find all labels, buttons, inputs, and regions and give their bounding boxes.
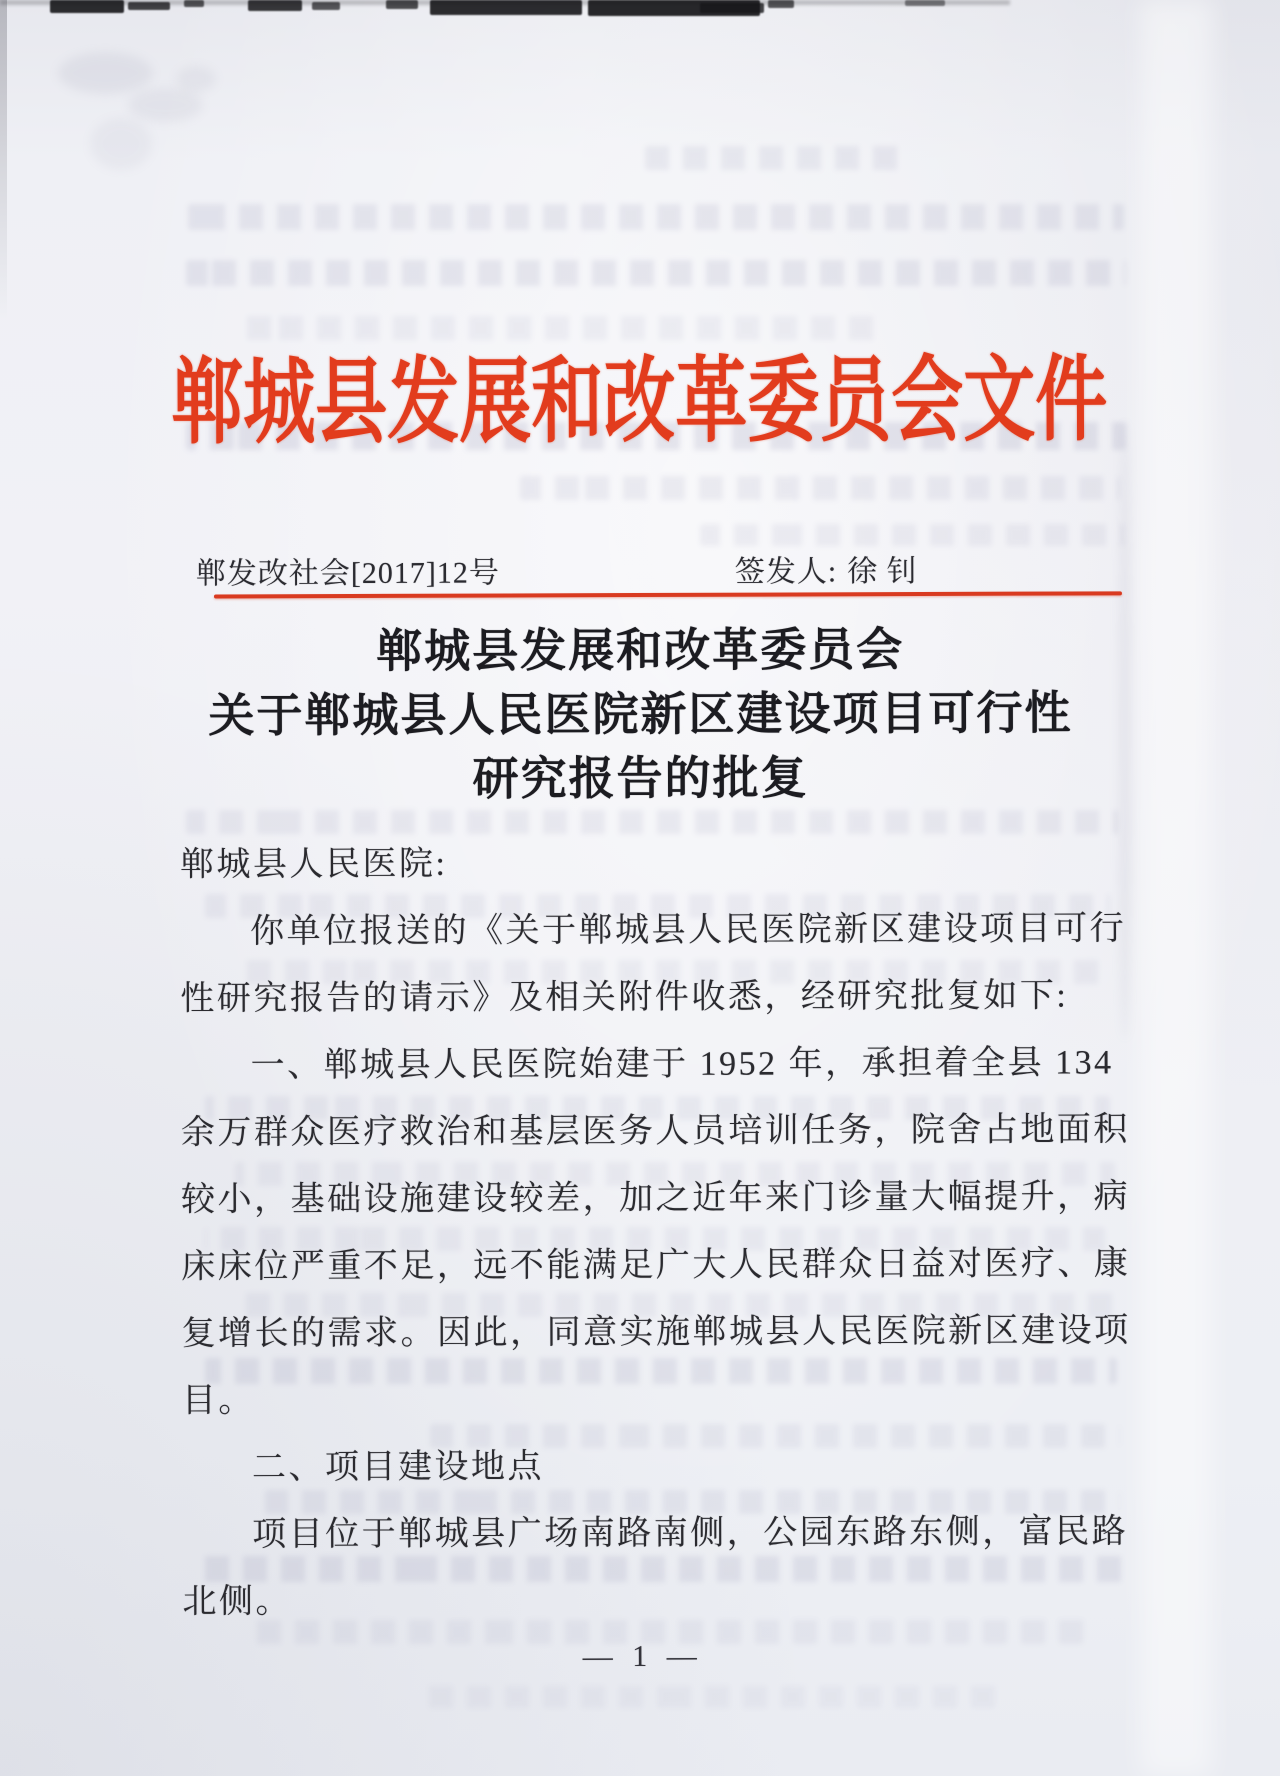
- body-line: 郸城县人民医院:: [180, 828, 1125, 898]
- signer-label: 签发人:: [735, 555, 837, 588]
- issuing-agency-masthead: 郸城县发展和改革委员会文件: [168, 328, 1111, 477]
- body-line: 性研究报告的请示》及相关附件收悉，经研究批复如下:: [180, 962, 1125, 1032]
- signer: 签发人:徐 钊: [735, 551, 918, 594]
- body-line: 目。: [182, 1364, 1127, 1434]
- document-content: 郸城县发展和改革委员会文件 郸发改社会[2017]12号 签发人:徐 钊 郸城县…: [0, 0, 1280, 1776]
- body-line: 二、项目建设地点: [182, 1431, 1127, 1501]
- body-line: 你单位报送的《关于郸城县人民医院新区建设项目可行: [180, 895, 1125, 965]
- page-number: — 1 —: [3, 1638, 1280, 1676]
- document-number-row: 郸发改社会[2017]12号 签发人:徐 钊: [0, 550, 1279, 596]
- body-line: 余万群众医疗救治和基层医务人员培训任务，院舍占地面积: [181, 1096, 1126, 1166]
- scanned-document-page: 郸城县发展和改革委员会文件 郸发改社会[2017]12号 签发人:徐 钊 郸城县…: [0, 0, 1280, 1776]
- document-subject: 郸城县发展和改革委员会 关于郸城县人民医院新区建设项目可行性 研究报告的批复: [169, 617, 1112, 812]
- body-line: 项目位于郸城县广场南路南侧，公园东路东侧，富民路: [182, 1498, 1127, 1568]
- body-line: 较小，基础设施建设较差，加之近年来门诊量大幅提升，病: [181, 1163, 1126, 1233]
- subject-line-3: 研究报告的批复: [170, 745, 1112, 812]
- document-body: 郸城县人民医院:你单位报送的《关于郸城县人民医院新区建设项目可行性研究报告的请示…: [180, 828, 1128, 1635]
- body-line: 一、郸城县人民医院始建于 1952 年，承担着全县 134: [181, 1029, 1126, 1099]
- body-line: 复增长的需求。因此，同意实施郸城县人民医院新区建设项: [181, 1297, 1126, 1367]
- subject-line-2: 关于郸城县人民医院新区建设项目可行性: [169, 681, 1111, 748]
- subject-line-1: 郸城县发展和改革委员会: [169, 617, 1111, 684]
- document-number: 郸发改社会[2017]12号: [196, 552, 500, 595]
- body-line: 床床位严重不足，远不能满足广大人民群众日益对医疗、康: [181, 1230, 1126, 1300]
- body-line: 北侧。: [182, 1565, 1127, 1635]
- signer-name: 徐 钊: [847, 555, 918, 588]
